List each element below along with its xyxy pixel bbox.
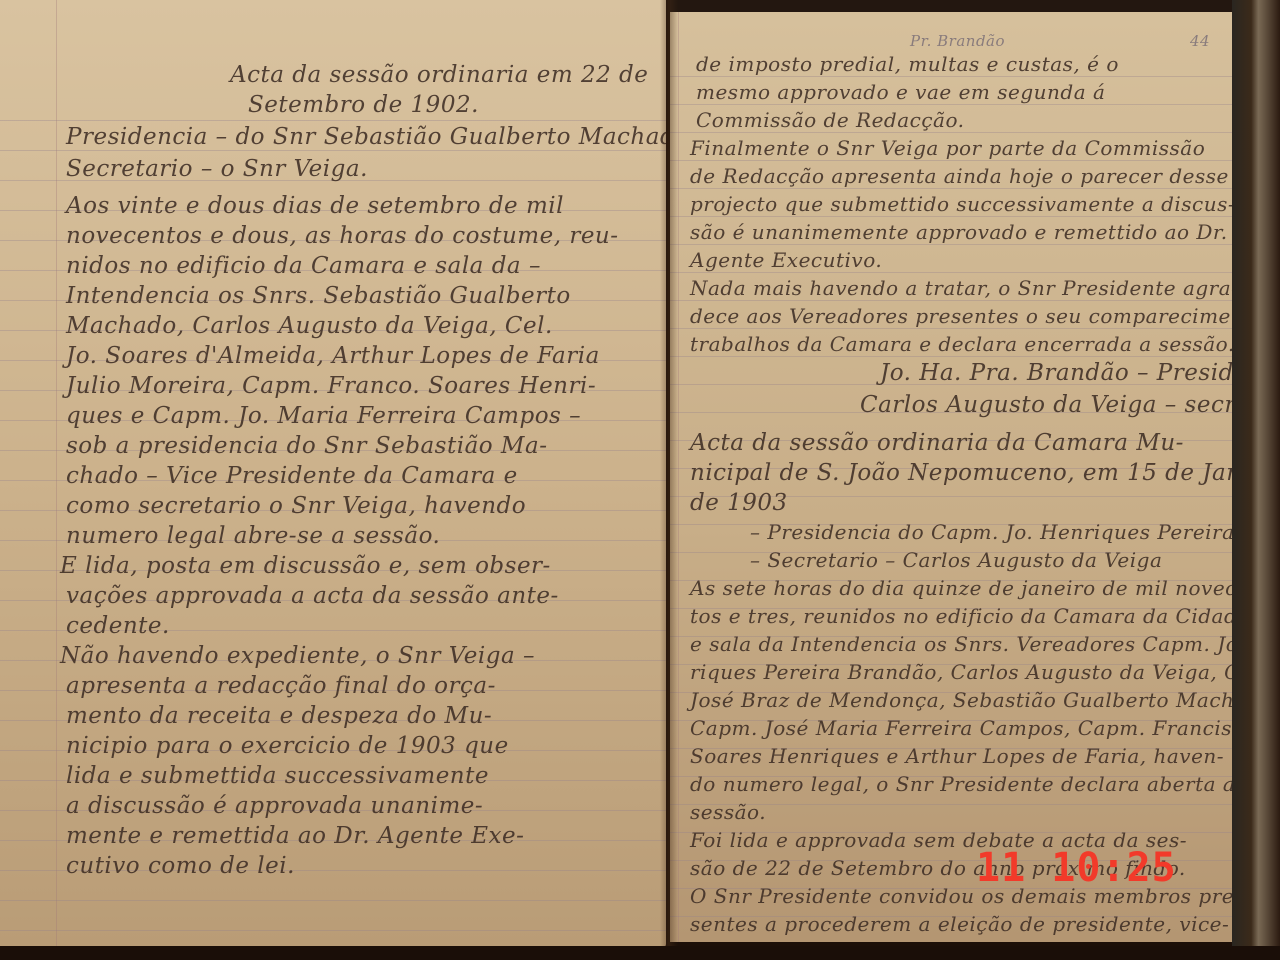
body-line: Aos vinte e dous dias de setembro de mil: [66, 193, 564, 219]
second-secretary: – Secretario – Carlos Augusto da Veiga: [750, 548, 1162, 572]
second-heading-line: de 1903: [690, 490, 788, 516]
right-line: de imposto predial, multas e custas, é o: [696, 52, 1119, 76]
signature-president: Jo. Ha. Pra. Brandão – Presidente: [880, 360, 1232, 386]
book-edge-top: [670, 0, 1232, 12]
body-line: nicipio para o exercicio de 1903 que: [66, 733, 509, 759]
second-heading-line: Acta da sessão ordinaria da Camara Mu-: [690, 430, 1184, 456]
book-edge-bottom: [0, 946, 1280, 960]
ruled-line: [670, 300, 1232, 301]
right-line: de Redacção apresenta ainda hoje o parec…: [690, 164, 1229, 188]
right-line: dece aos Vereadores presentes o seu comp…: [690, 304, 1232, 328]
right-body-line: As sete horas do dia quinze de janeiro d…: [690, 576, 1232, 600]
heading-line-2: Setembro de 1902.: [248, 92, 479, 118]
right-line: projecto que submettido successivamente …: [690, 192, 1232, 216]
right-body-line: José Braz de Mendonça, Sebastião Gualber…: [690, 688, 1232, 712]
body-line: como secretario o Snr Veiga, havendo: [66, 493, 526, 519]
right-body-line: Soares Henriques e Arthur Lopes de Faria…: [690, 744, 1224, 768]
margin-line: [56, 0, 57, 948]
ruled-line: [670, 216, 1232, 217]
body-line: sob a presidencia do Snr Sebastião Ma-: [66, 433, 547, 459]
camera-timestamp-overlay: 11 10:25: [976, 845, 1177, 891]
margin-line: [678, 12, 679, 942]
ruled-line: [670, 132, 1232, 133]
second-presidency: – Presidencia do Capm. Jo. Henriques Per…: [750, 520, 1232, 544]
ruled-line: [0, 120, 666, 121]
body-line: Machado, Carlos Augusto da Veiga, Cel.: [66, 313, 553, 339]
right-body-line: sessão.: [690, 800, 766, 824]
body-line: nidos no edificio da Camara e sala da –: [66, 253, 541, 279]
right-body-line: tos e tres, reunidos no edificio da Cama…: [690, 604, 1232, 628]
open-ledger-photo: Acta da sessão ordinaria em 22 de Setemb…: [0, 0, 1280, 960]
second-heading-line: nicipal de S. João Nepomuceno, em 15 de …: [690, 460, 1232, 486]
body-line: E lida, posta em discussão e, sem obser-: [60, 553, 551, 579]
right-body-line: riques Pereira Brandão, Carlos Augusto d…: [690, 660, 1232, 684]
ruled-line: [0, 150, 666, 151]
right-line: trabalhos da Camara e declara encerrada …: [690, 332, 1232, 356]
right-line: mesmo approvado e vae em segunda á: [696, 80, 1105, 104]
body-line: vações approvada a acta da sessão ante-: [66, 583, 559, 609]
body-line: chado – Vice Presidente da Camara e: [66, 463, 518, 489]
body-line: cedente.: [66, 613, 170, 639]
presidency-line: Presidencia – do Snr Sebastião Gualberto…: [66, 124, 666, 150]
book-gutter: [660, 0, 678, 950]
book-cover-edge: [1232, 0, 1280, 960]
body-line: ques e Capm. Jo. Maria Ferreira Campos –: [66, 403, 581, 429]
body-line: mente e remettida ao Dr. Agente Exe-: [66, 823, 524, 849]
ruled-line: [670, 272, 1232, 273]
body-line: cutivo como de lei.: [66, 853, 295, 879]
left-page: Acta da sessão ordinaria em 22 de Setemb…: [0, 0, 666, 948]
heading-line-1: Acta da sessão ordinaria em 22 de: [230, 62, 648, 88]
right-line: Commissão de Redacção.: [696, 108, 965, 132]
right-line: são é unanimemente approvado e remettido…: [690, 220, 1228, 244]
body-line: Jo. Soares d'Almeida, Arthur Lopes de Fa…: [66, 343, 600, 369]
right-line: Finalmente o Snr Veiga por parte da Comm…: [690, 136, 1205, 160]
body-line: mento da receita e despeza do Mu-: [66, 703, 492, 729]
signature-secretary: Carlos Augusto da Veiga – secreto.: [860, 392, 1232, 418]
right-body-line: e sala da Intendencia os Snrs. Vereadore…: [690, 632, 1232, 656]
body-line: numero legal abre-se a sessão.: [66, 523, 440, 549]
ruled-line: [670, 188, 1232, 189]
body-line: lida e submettida successivamente: [66, 763, 489, 789]
body-line: apresenta a redacção final do orça-: [66, 673, 496, 699]
ruled-line: [670, 76, 1232, 77]
corner-note: Pr. Brandão: [910, 32, 1005, 50]
page-number: 44: [1190, 32, 1210, 50]
right-body-line: do numero legal, o Snr Presidente declar…: [690, 772, 1232, 796]
ruled-line: [670, 356, 1232, 357]
ruled-line: [670, 328, 1232, 329]
secretary-line: Secretario – o Snr Veiga.: [66, 156, 368, 182]
ruled-line: [670, 160, 1232, 161]
body-line: a discussão é approvada unanime-: [66, 793, 483, 819]
ruled-line: [0, 900, 666, 901]
right-body-line: Capm. José Maria Ferreira Campos, Capm. …: [690, 716, 1232, 740]
ruled-line: [0, 930, 666, 931]
body-line: Intendencia os Snrs. Sebastião Gualberto: [66, 283, 571, 309]
right-body-line: sentes a procederem a eleição de preside…: [690, 912, 1229, 936]
body-line: novecentos e dous, as horas do costume, …: [66, 223, 619, 249]
right-line: Nada mais havendo a tratar, o Snr Presid…: [690, 276, 1232, 300]
ruled-line: [670, 104, 1232, 105]
right-page: Pr. Brandão 44 de imposto predial, multa…: [670, 12, 1232, 942]
ruled-line: [670, 244, 1232, 245]
body-line: Julio Moreira, Capm. Franco. Soares Henr…: [66, 373, 596, 399]
body-line: Não havendo expediente, o Snr Veiga –: [60, 643, 535, 669]
right-line: Agente Executivo.: [690, 248, 882, 272]
